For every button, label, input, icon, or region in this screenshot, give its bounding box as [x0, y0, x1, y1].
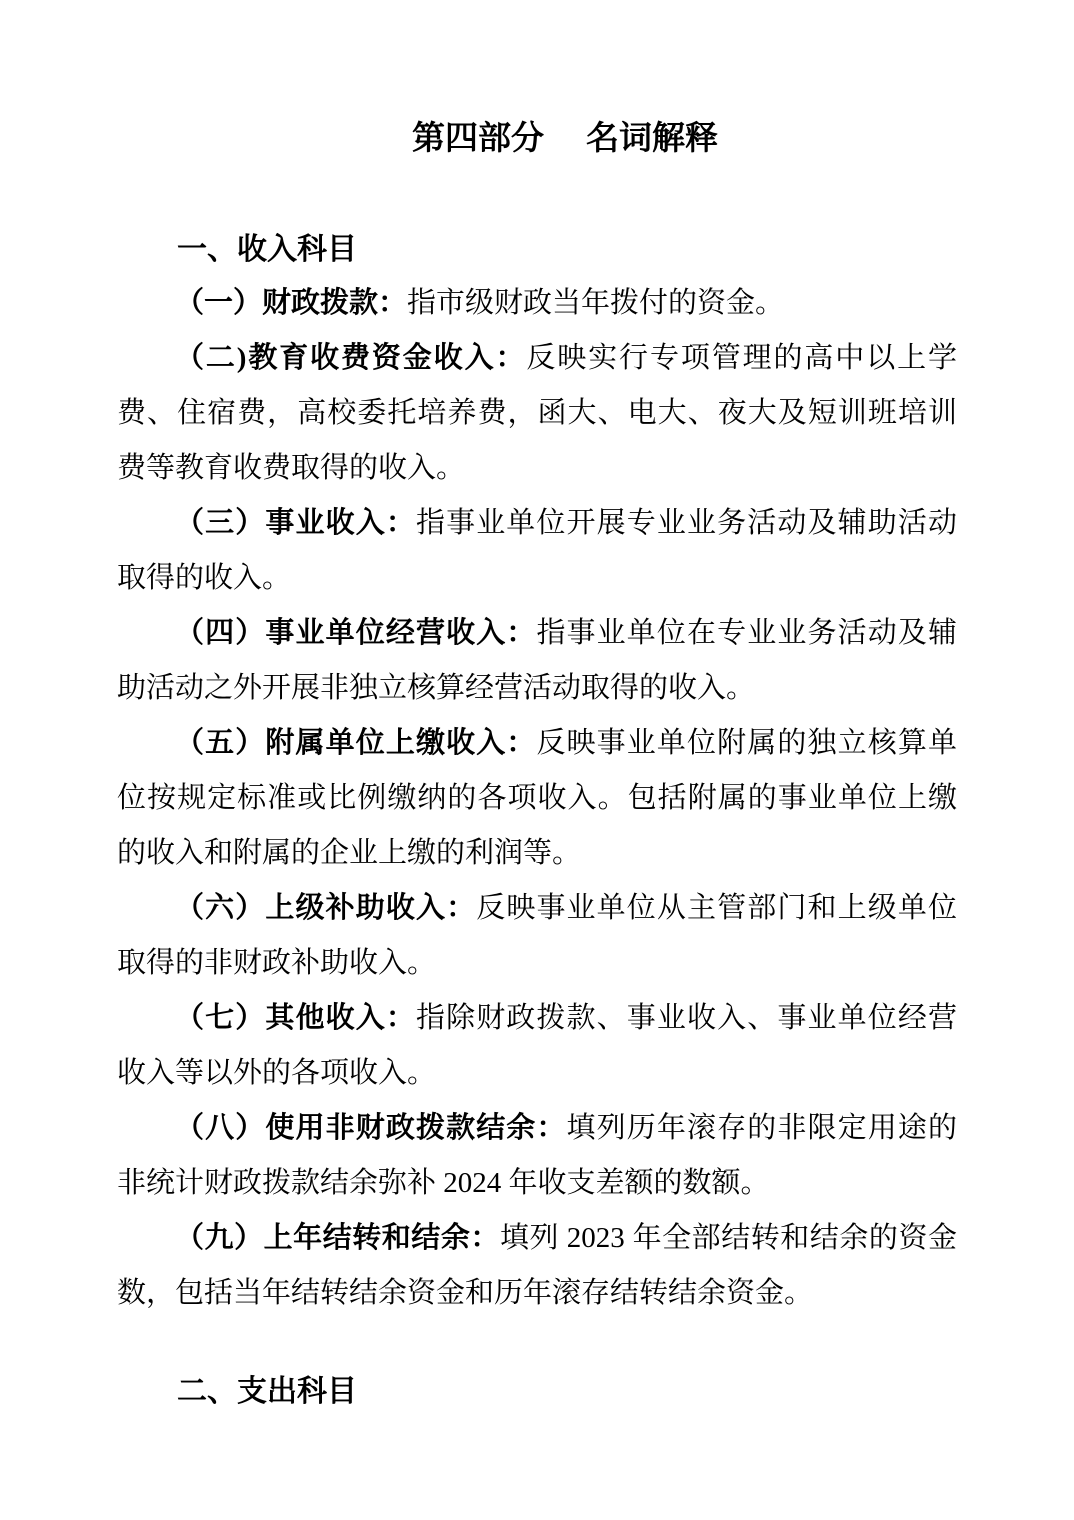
- definition-item-1: （一）财政拨款：指市级财政当年拨付的资金。: [117, 276, 957, 331]
- page-title-part: 第四部分: [412, 119, 544, 156]
- document-page: 第四部分名词解释 一、收入科目 （一）财政拨款：指市级财政当年拨付的资金。 （二…: [0, 0, 1074, 1520]
- item-label: （一）财政拨款：: [175, 287, 407, 319]
- item-label: （八）使用非财政拨款结余：: [175, 1112, 567, 1144]
- item-label: （九）上年结转和结余：: [175, 1222, 500, 1254]
- item-label: （七）其他收入：: [175, 1002, 416, 1034]
- page-title-subject: 名词解释: [586, 119, 718, 156]
- definition-item-6: （六）上级补助收入：反映事业单位从主管部门和上级单位取得的非财政补助收入。: [117, 881, 957, 991]
- item-label: （六）上级补助收入：: [175, 892, 476, 924]
- definition-item-8: （八）使用非财政拨款结余：填列历年滚存的非限定用途的非统计财政拨款结余弥补 20…: [117, 1101, 957, 1211]
- section-heading-expenditure: 二、支出科目: [117, 1377, 957, 1407]
- item-label: （二)教育收费资金收入：: [175, 342, 526, 374]
- item-text: 指市级财政当年拨付的资金。: [407, 287, 784, 319]
- page-title: 第四部分名词解释: [173, 116, 957, 160]
- item-label: （三）事业收入：: [175, 507, 416, 539]
- item-label: （四）事业单位经营收入：: [175, 617, 536, 649]
- section-heading-income: 一、收入科目: [117, 235, 957, 265]
- item-label: （五）附属单位上缴收入：: [175, 727, 536, 759]
- definition-item-5: （五）附属单位上缴收入：反映事业单位附属的独立核算单位按规定标准或比例缴纳的各项…: [117, 716, 957, 881]
- definition-item-4: （四）事业单位经营收入：指事业单位在专业业务活动及辅助活动之外开展非独立核算经营…: [117, 606, 957, 716]
- definition-item-2: （二)教育收费资金收入：反映实行专项管理的高中以上学费、住宿费，高校委托培养费，…: [117, 331, 957, 496]
- definition-item-7: （七）其他收入：指除财政拨款、事业收入、事业单位经营收入等以外的各项收入。: [117, 991, 957, 1101]
- definition-item-3: （三）事业收入：指事业单位开展专业业务活动及辅助活动取得的收入。: [117, 496, 957, 606]
- income-definitions: （一）财政拨款：指市级财政当年拨付的资金。 （二)教育收费资金收入：反映实行专项…: [117, 276, 957, 1321]
- definition-item-9: （九）上年结转和结余：填列 2023 年全部结转和结余的资金数，包括当年结转结余…: [117, 1211, 957, 1321]
